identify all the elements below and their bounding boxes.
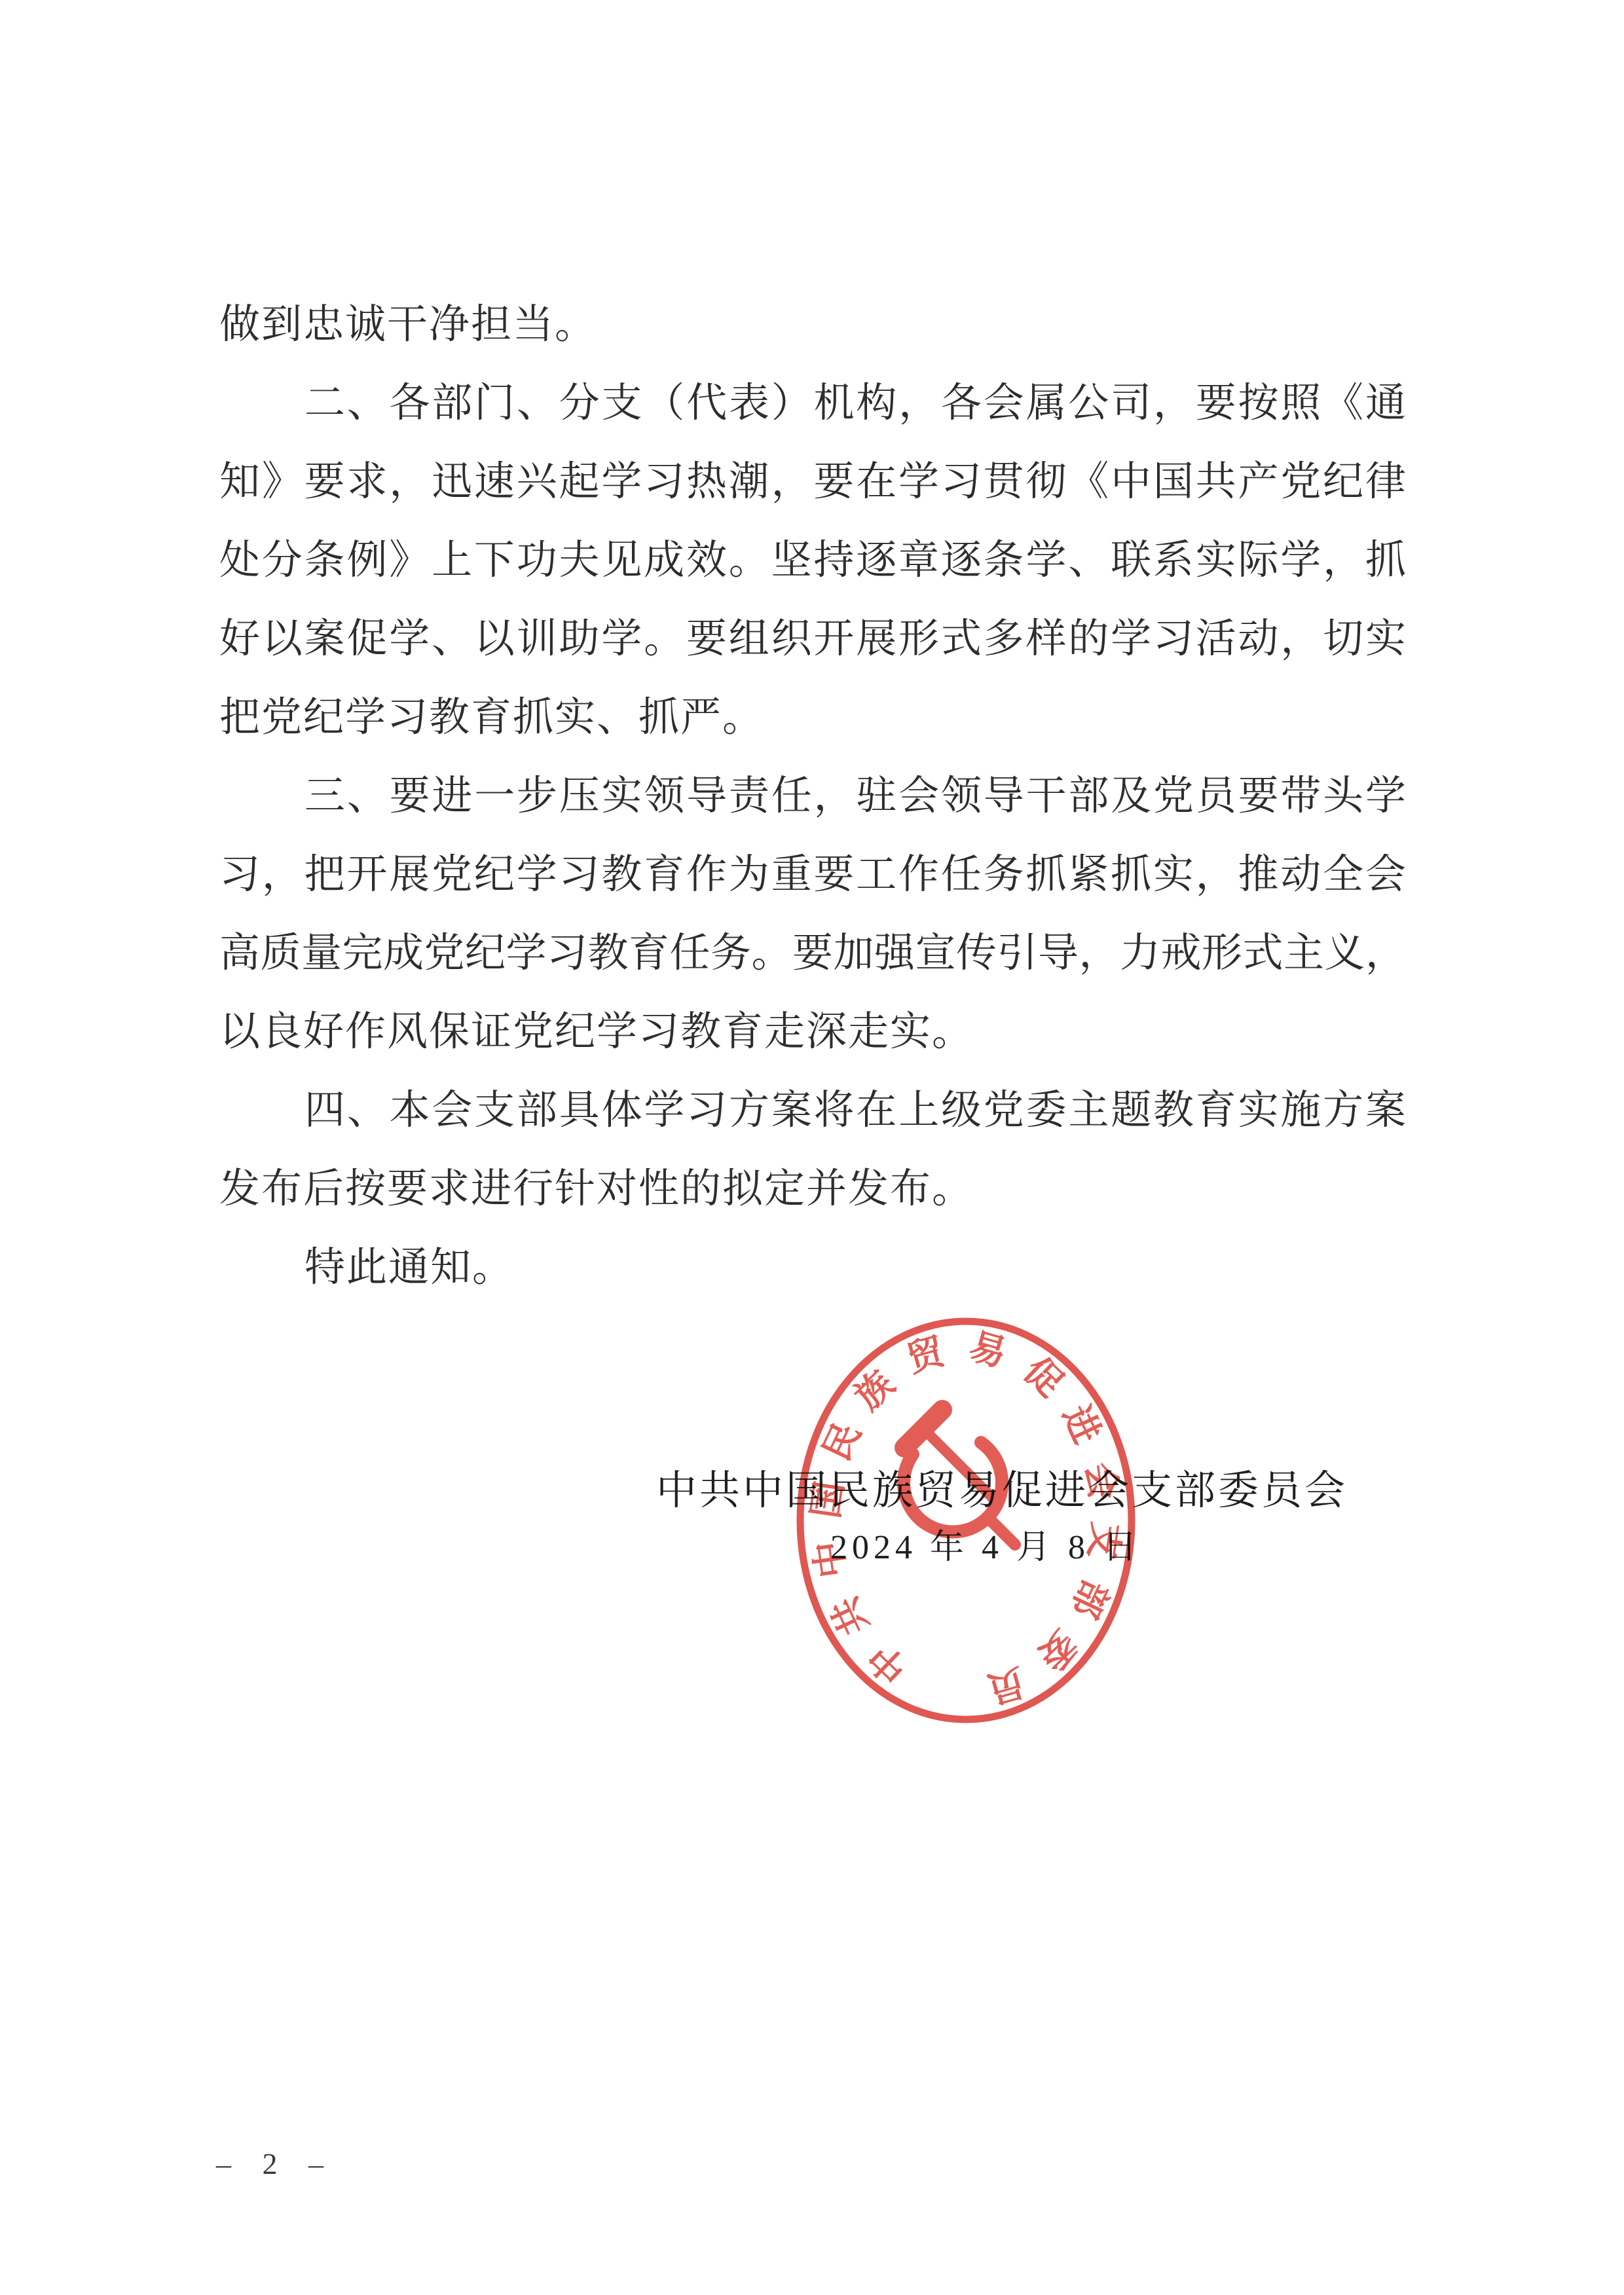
body-line: 高质量完成党纪学习教育任务。要加强宣传引导，力戒形式主义， — [219, 914, 1406, 993]
body-line: 特此通知。 — [219, 1228, 1406, 1307]
body-line: 发布后按要求进行针对性的拟定并发布。 — [219, 1150, 1406, 1228]
body-line: 做到忠诚干净担当。 — [219, 285, 1406, 364]
body-line: 以良好作风保证党纪学习教育走深走实。 — [219, 993, 1406, 1071]
body-line: 三、要进一步压实领导责任，驻会领导干部及党员要带头学 — [219, 757, 1406, 835]
body-line: 好以案促学、以训助学。要组织开展形式多样的学习活动，切实 — [219, 600, 1406, 678]
page-number: – 2 – — [216, 2146, 335, 2181]
body-line: 处分条例》上下功夫见成效。坚持逐章逐条学、联系实际学，抓 — [219, 521, 1406, 600]
seal-border — [800, 1321, 1132, 1719]
party-emblem-icon — [904, 1410, 1015, 1545]
body-line: 习，把开展党纪学习教育作为重要工作任务抓紧抓实，推动全会 — [219, 835, 1406, 914]
body-line: 四、本会支部具体学习方案将在上级党委主题教育实施方案 — [219, 1071, 1406, 1150]
document-body: 做到忠诚干净担当。二、各部门、分支（代表）机构，各会属公司，要按照《通知》要求，… — [219, 285, 1406, 1307]
body-line: 二、各部门、分支（代表）机构，各会属公司，要按照《通 — [219, 364, 1406, 443]
body-line: 知》要求，迅速兴起学习热潮，要在学习贯彻《中国共产党纪律 — [219, 443, 1406, 521]
official-seal: 中共中国民族贸易促进会支部委员会 — [789, 1311, 1143, 1730]
document-page: 做到忠诚干净担当。二、各部门、分支（代表）机构，各会属公司，要按照《通知》要求，… — [0, 0, 1624, 2295]
body-line: 把党纪学习教育抓实、抓严。 — [219, 678, 1406, 757]
